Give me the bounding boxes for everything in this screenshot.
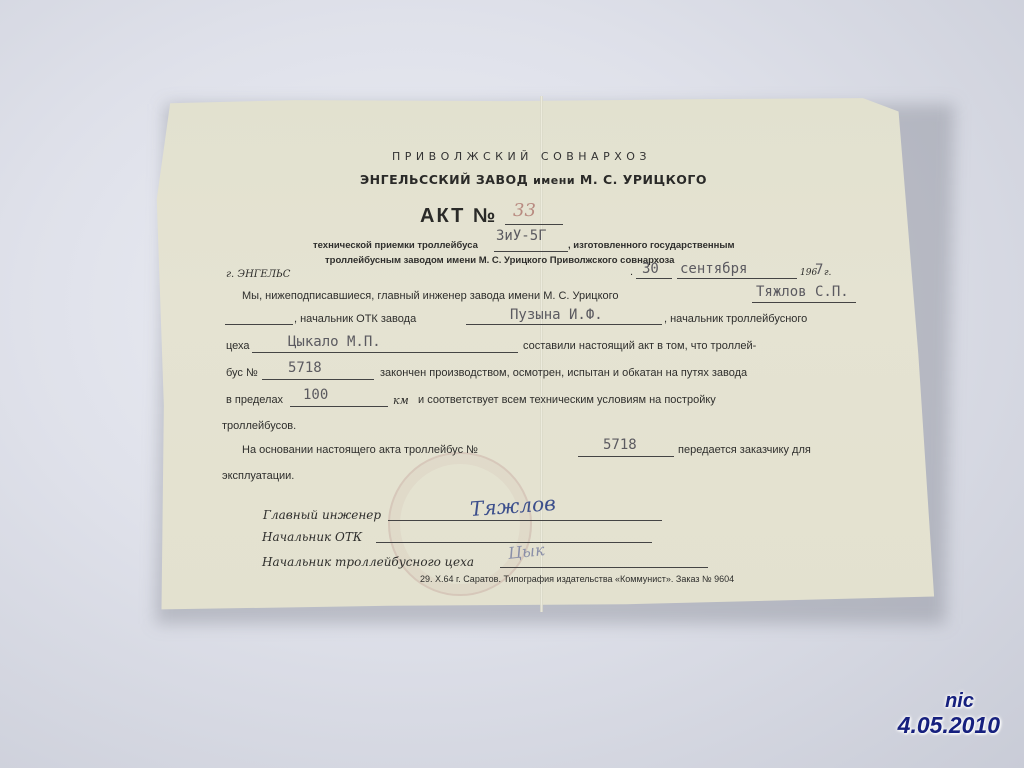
signature-shop-line [500, 567, 708, 568]
para1-number-label: бус № [226, 367, 258, 379]
header-factory: ЭНГЕЛЬССКИЙ ЗАВОД имени М. С. УРИЦКОГО [360, 172, 707, 187]
para1-shop-label: , начальник троллейбусного [664, 313, 807, 325]
para1-distance-label: в пределах [226, 394, 283, 406]
model-line [494, 251, 568, 252]
header-imeni: имени [533, 174, 575, 187]
subtitle-a: технической приемки троллейбуса [313, 240, 478, 251]
date-month-line [677, 278, 797, 279]
shop-head-line [252, 352, 518, 353]
trolleybus-number-line [262, 379, 374, 380]
date-month: сентября [680, 261, 747, 277]
para1-line4: закончен производством, осмотрен, испыта… [380, 367, 747, 379]
printer-imprint: 29. X.64 г. Саратов. Типография издатель… [420, 574, 734, 584]
para1-otk-label: , начальник ОТК завода [294, 313, 416, 325]
city: г. ЭНГЕЛЬС [226, 269, 290, 280]
trolleybus-number-2-line [578, 456, 674, 457]
trolleybus-number-2: 5718 [603, 437, 637, 453]
para2-line2: эксплуатации. [222, 470, 294, 482]
act-number: 33 [513, 200, 536, 221]
watermark-author: nic [945, 690, 974, 713]
shop-head-name: Цыкало М.П. [288, 334, 381, 350]
date-dot: . [630, 266, 633, 278]
header-sovnarkhoz: ПРИВОЛЖСКИЙ СОВНАРХОЗ [392, 150, 651, 163]
date-day: 30 [642, 261, 659, 277]
subtitle-c: троллейбусным заводом имени М. С. Урицко… [325, 255, 674, 266]
distance-unit: км [393, 394, 409, 407]
header-uritsky: М. С. УРИЦКОГО [580, 172, 707, 187]
para2-line1: На основании настоящего акта троллейбус … [242, 444, 478, 456]
para2-line1-end: передается заказчику для [678, 444, 811, 456]
trolleybus-model: ЗиУ-5Г [496, 228, 547, 244]
date-year-suffix: 7 [815, 262, 823, 278]
subtitle-b: , изготовленного государственным [568, 240, 735, 251]
trolleybus-number: 5718 [288, 360, 322, 376]
distance-value: 100 [303, 387, 328, 403]
signature-otk-label: Начальник ОТК [262, 530, 362, 544]
signature-shop-head: Цык [507, 540, 545, 563]
header-factory-name: ЭНГЕЛЬССКИЙ ЗАВОД [360, 172, 528, 187]
para1-shop-word: цеха [226, 340, 250, 352]
otk-head-line [466, 324, 662, 325]
date-year-unit: г. [824, 268, 831, 278]
signature-shop-label: Начальник троллейбусного цеха [262, 555, 474, 569]
act-title: АКТ № [420, 205, 497, 228]
signature-chief-engineer-label: Главный инженер [263, 508, 381, 522]
chief-engineer-name: Тяжлов С.П. [756, 284, 849, 300]
para1-line1: Мы, нижеподписавшиеся, главный инженер з… [242, 290, 619, 302]
para1-line6: троллейбусов. [222, 420, 296, 432]
date-day-line [636, 278, 672, 279]
otk-head-name: Пузына И.Ф. [510, 307, 603, 323]
chief-engineer-line [752, 302, 856, 303]
watermark-date: 4.05.2010 [898, 712, 1000, 739]
signature-chief-engineer-line [388, 520, 662, 521]
distance-line [290, 406, 388, 407]
para1-line3: составили настоящий акт в том, что тролл… [523, 340, 756, 352]
act-number-line [505, 224, 563, 225]
blank-line [225, 324, 293, 325]
para1-line5: и соответствует всем техническим условия… [418, 394, 716, 406]
